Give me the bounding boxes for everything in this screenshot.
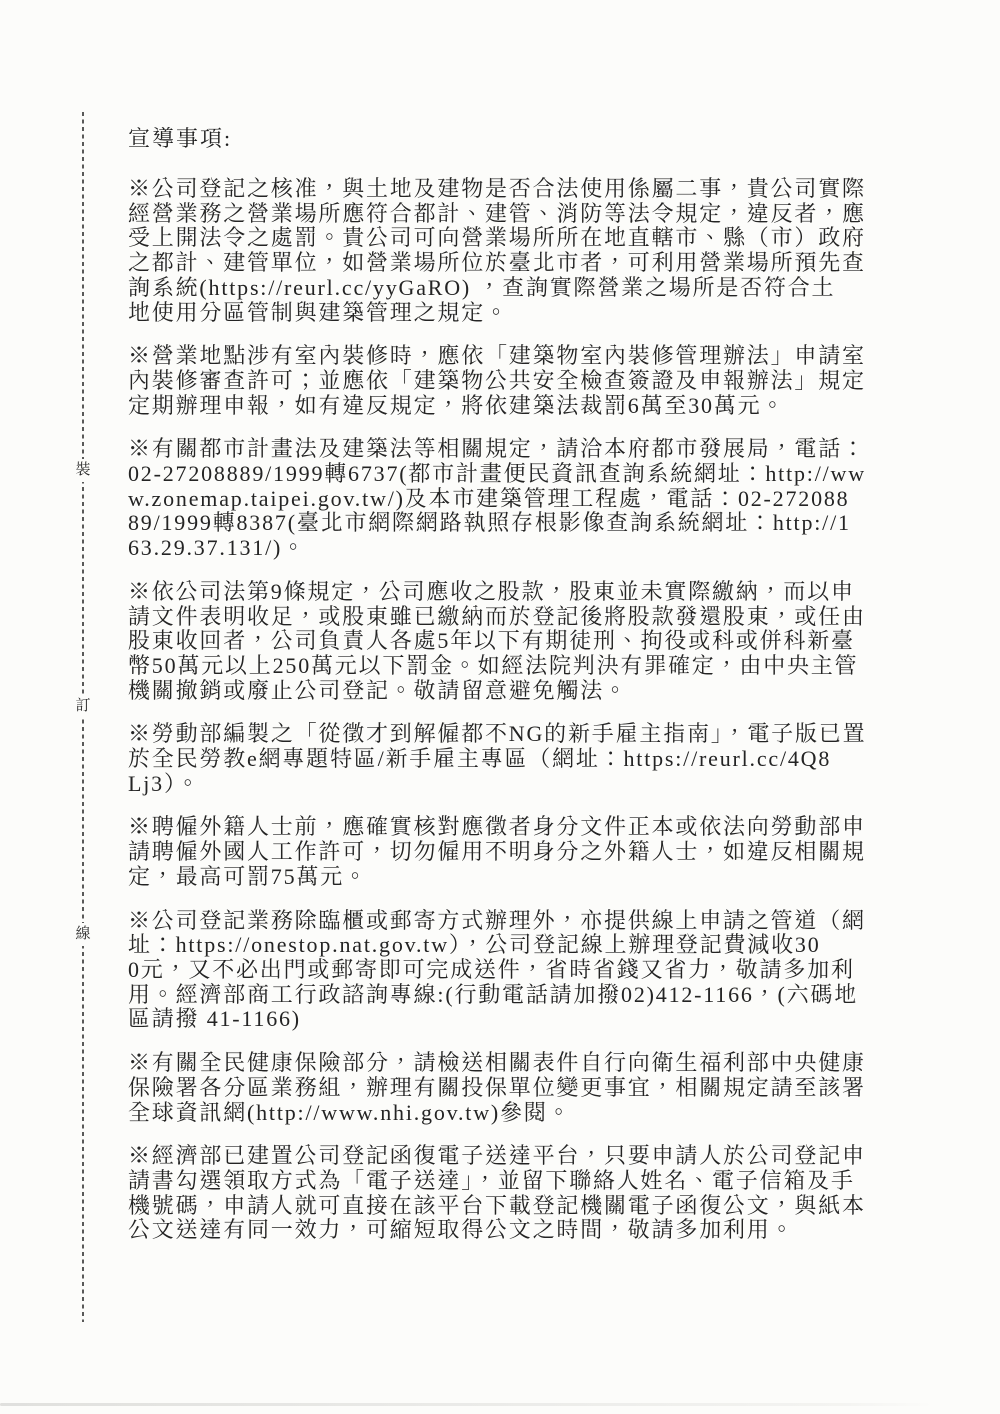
notice-paragraph-company-registration-approval: ※公司登記之核准，與土地及建物是否合法使用係屬二事，貴公司實際 經營業務之營業場… — [128, 177, 873, 325]
notice-paragraph-urban-planning-contacts: ※有關都市計畫法及建築法等相關規定，請洽本府都市發展局，電話： 02-27208… — [128, 437, 873, 561]
page-title: 宣導事項: — [128, 126, 873, 151]
binding-mark-xian: 線 — [71, 923, 95, 946]
binding-mark-zhuang: 裝 — [71, 459, 95, 482]
notice-paragraph-electronic-delivery: ※經濟部已建置公司登記函復電子送達平台，只要申請人於公司登記申 請書勾選領取方式… — [128, 1144, 873, 1243]
notice-paragraph-health-insurance: ※有關全民健康保險部分，請檢送相關表件自行向衛生福利部中央健康 保險署各分區業務… — [128, 1051, 873, 1125]
scan-edge-shadow — [0, 1403, 935, 1406]
document-page: 裝 訂 線 宣導事項: ※公司登記之核准，與土地及建物是否合法使用係屬二事，貴公… — [0, 0, 1000, 1414]
notice-paragraph-foreign-hiring: ※聘僱外籍人士前，應確實核對應徵者身分文件正本或依法向勞動部申 請聘僱外國人工作… — [128, 815, 873, 889]
binding-mark-ding: 訂 — [71, 695, 95, 718]
notice-paragraph-interior-renovation: ※營業地點涉有室內裝修時，應依「建築物室內裝修管理辦法」申請室 內裝修審查許可；… — [128, 344, 873, 418]
notice-paragraph-employer-guide: ※勞動部編製之「從徵才到解僱都不NG的新手雇主指南」，電子版已置 於全民勞教e網… — [128, 722, 873, 796]
notice-paragraph-company-act-article9: ※依公司法第9條規定，公司應收之股款，股東並未實際繳納，而以申 請文件表明收足，… — [128, 580, 873, 704]
notice-body: 宣導事項: ※公司登記之核准，與土地及建物是否合法使用係屬二事，貴公司實際 經營… — [128, 126, 873, 1262]
notice-paragraph-online-application: ※公司登記業務除臨櫃或郵寄方式辦理外，亦提供線上申請之管道（網 址：https:… — [128, 909, 873, 1033]
